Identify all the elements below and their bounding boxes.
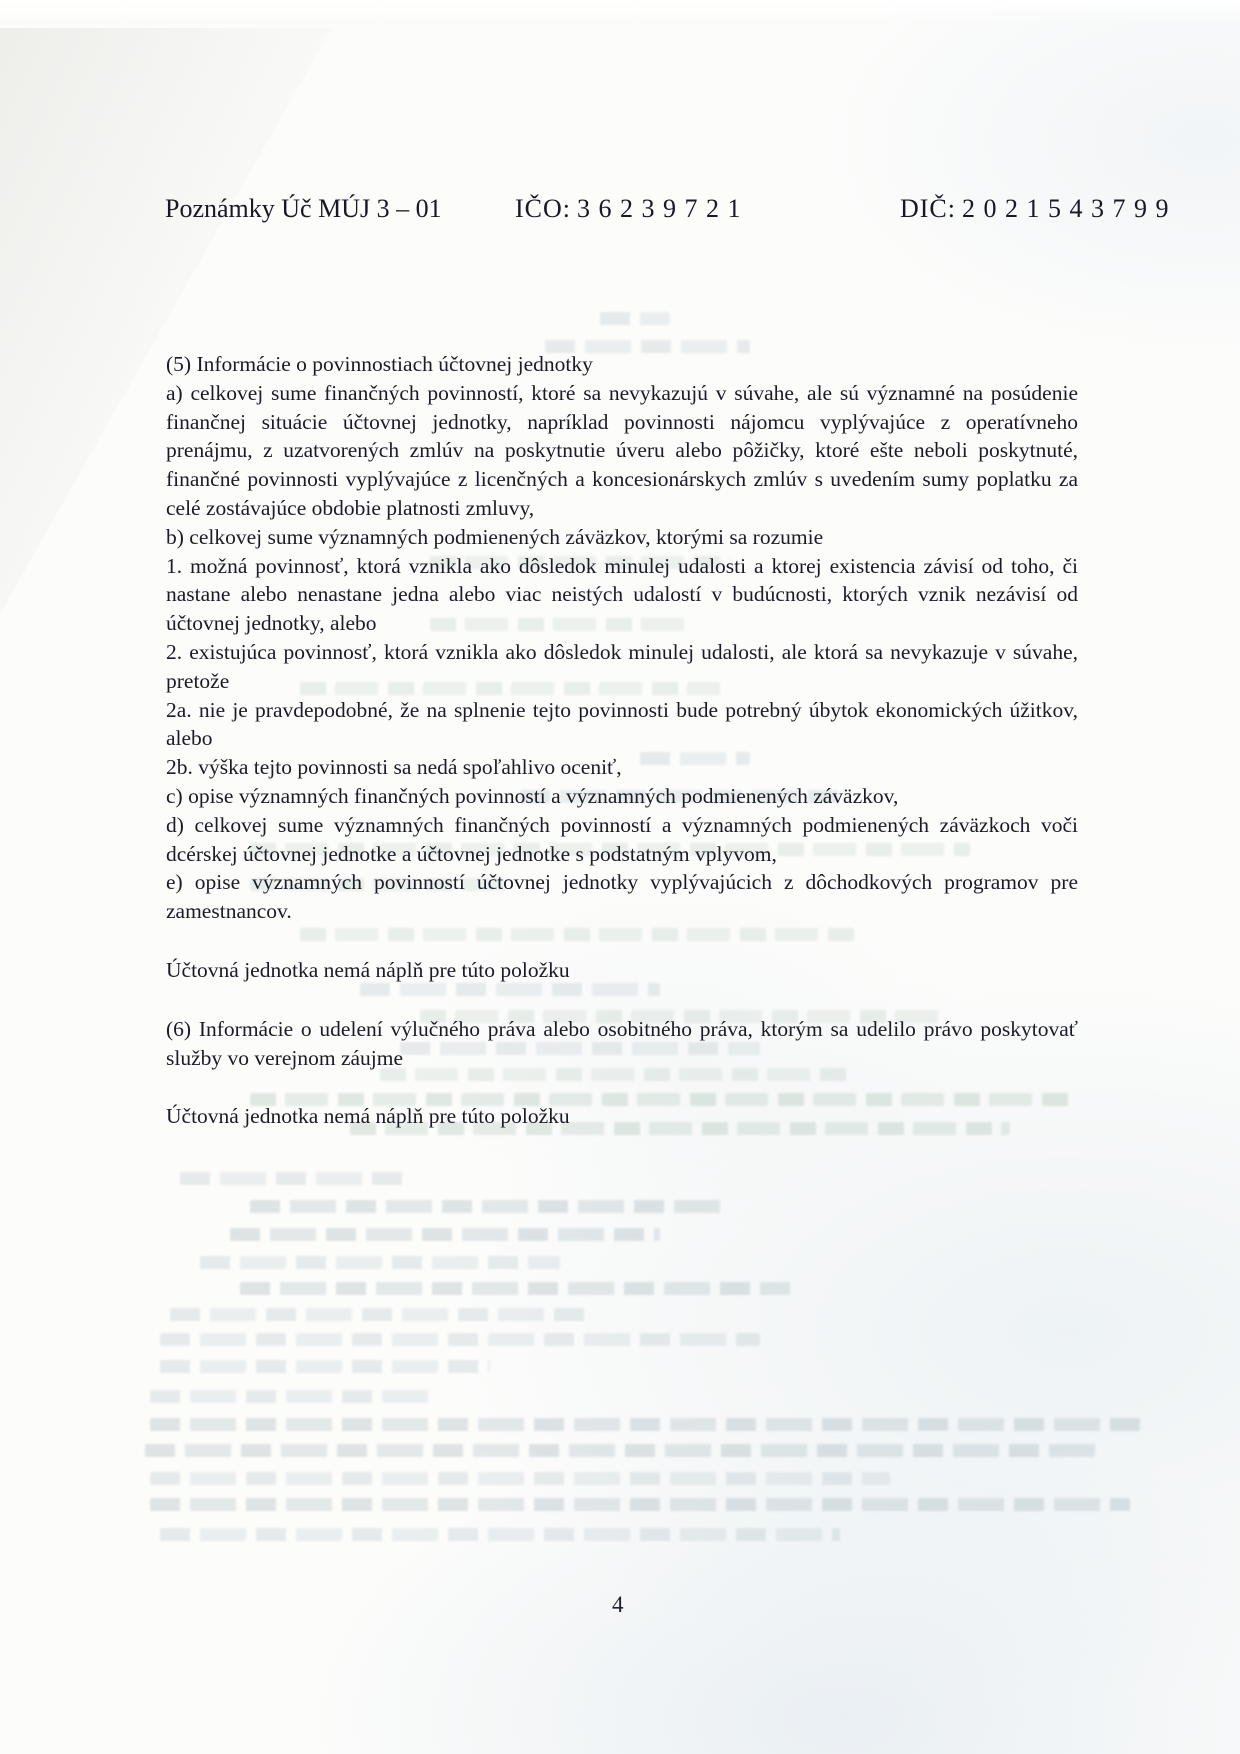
section5-empty-note: Účtovná jednotka nemá náplň pre túto pol…: [166, 956, 1078, 985]
section5-item-e: e) opise významných povinností účtovnej …: [166, 868, 1078, 926]
section5-item-a: a) celkovej sume finančných povinností, …: [166, 379, 1078, 523]
scanned-paper-sheet: Poznámky Úč MÚJ 3 – 01 IČO:3 6 2 3 9 7 2…: [0, 0, 1240, 1754]
page-number: 4: [612, 1592, 624, 1618]
section5-item-1: 1. možná povinnosť, ktorá vznikla ako dô…: [166, 552, 1078, 638]
section5-heading: (5) Informácie o povinnostiach účtovnej …: [166, 350, 1078, 379]
document-body: (5) Informácie o povinnostiach účtovnej …: [166, 350, 1078, 1131]
dic-field: DIČ:2 0 2 1 5 4 3 7 9 9: [900, 194, 1170, 224]
bleedthrough-text-line: [160, 1333, 760, 1346]
bleedthrough-text-line: [150, 1498, 1130, 1511]
bleedthrough-text-line: [145, 1444, 1105, 1457]
section6-empty-note: Účtovná jednotka nemá náplň pre túto pol…: [166, 1102, 1078, 1131]
bleedthrough-text-line: [170, 1308, 590, 1321]
section6-paragraph: (6) Informácie o udelení výlučného práva…: [166, 1015, 1078, 1073]
section5-item-b: b) celkovej sume významných podmienených…: [166, 523, 1078, 552]
ico-label: IČO:: [515, 194, 571, 223]
bleedthrough-text-line: [150, 1472, 890, 1485]
form-header-row: Poznámky Úč MÚJ 3 – 01 IČO:3 6 2 3 9 7 2…: [0, 194, 1240, 234]
section5-item-c: c) opise významných finančných povinnost…: [166, 782, 1078, 811]
bleedthrough-text-line: [240, 1282, 790, 1295]
ico-value: 3 6 2 3 9 7 2 1: [577, 194, 742, 223]
section5-item-d: d) celkovej sume významných finančných p…: [166, 811, 1078, 869]
scan-top-edge: [0, 0, 1240, 24]
ico-field: IČO:3 6 2 3 9 7 2 1: [515, 194, 742, 224]
bleedthrough-text-line: [200, 1256, 560, 1269]
dic-label: DIČ:: [900, 194, 956, 223]
bleedthrough-text-line: [160, 1528, 840, 1541]
dic-value: 2 0 2 1 5 4 3 7 9 9: [962, 194, 1170, 223]
section5-item-2b: 2b. výška tejto povinnosti sa nedá spoľa…: [166, 753, 1078, 782]
bleedthrough-text-line: [160, 1360, 490, 1373]
bleedthrough-text-line: [150, 1390, 430, 1403]
section5-item-2a: 2a. nie je pravdepodobné, že na splnenie…: [166, 696, 1078, 754]
bleedthrough-text-line: [180, 1172, 410, 1185]
section5-item-2: 2. existujúca povinnosť, ktorá vznikla a…: [166, 638, 1078, 696]
bleedthrough-text-line: [230, 1228, 660, 1241]
bleedthrough-text-line: [250, 1200, 730, 1213]
bleedthrough-text-line: [600, 312, 670, 325]
bleedthrough-text-line: [150, 1418, 1140, 1431]
form-title: Poznámky Úč MÚJ 3 – 01: [165, 194, 442, 224]
